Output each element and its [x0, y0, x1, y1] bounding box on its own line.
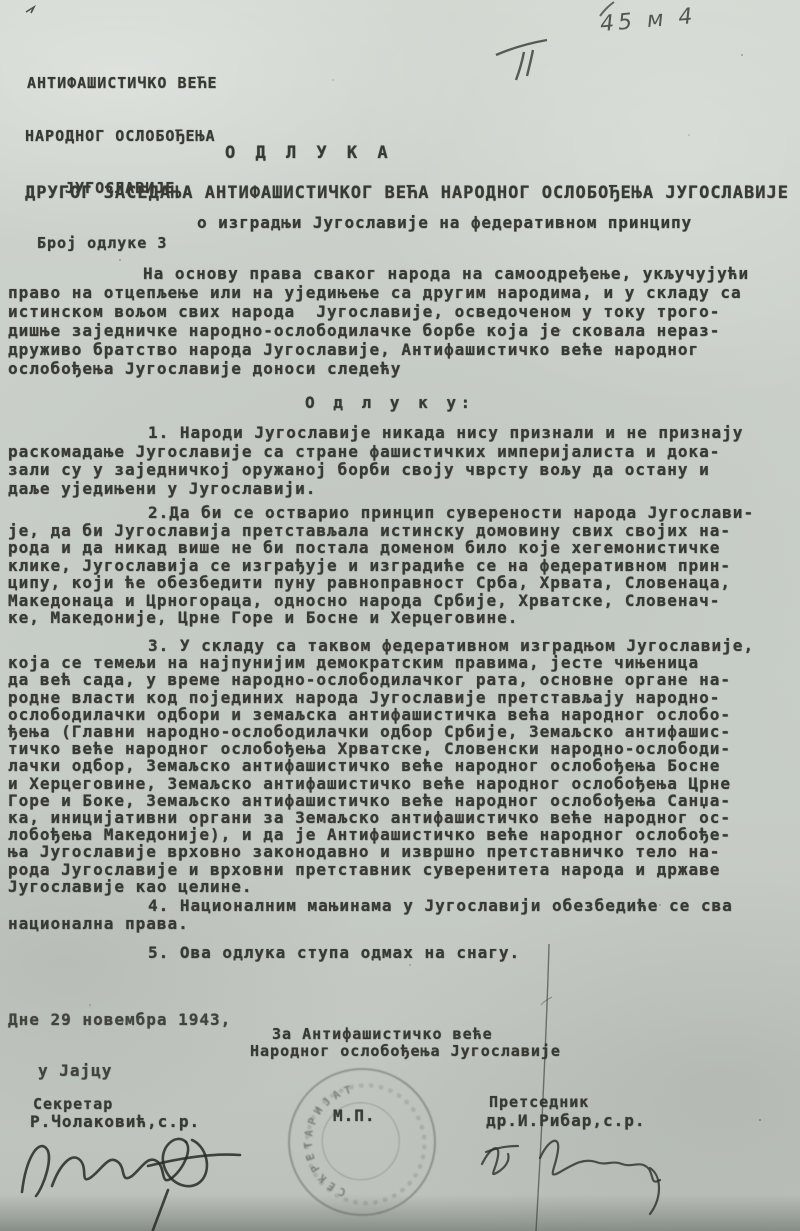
letterhead-line4: Број одлуке 3 — [37, 235, 218, 253]
on-behalf-line1: За Антифашистичко веће — [272, 1026, 493, 1043]
decision-item-3: 3. У складу са таквом федеративном изгра… — [8, 637, 794, 895]
secretary-signature — [22, 1139, 240, 1231]
roman-numeral-ii — [496, 40, 547, 80]
document-subtitle-session: ДРУГОГ ЗАСЕДАЊА АНТИФАШИСТИЧКОГ ВЕЋА НАР… — [25, 183, 789, 203]
letterhead-line1: АНТИФАШИСТИЧКО ВЕЋЕ — [27, 75, 218, 93]
decision-item-4: 4. Националним мањинама у Југославији об… — [8, 897, 794, 932]
pencil-annotation: 45 м 4 — [599, 4, 697, 37]
decision-item-2: 2.Да би се остварио принцип суверености … — [8, 504, 794, 627]
fold-crease-branch — [541, 997, 552, 1005]
on-behalf-line2: Народног ослобођења Југославије — [250, 1043, 561, 1060]
secretary-name: Р.Чолаковић,с.р. — [30, 1113, 200, 1130]
secretary-title: Секретар — [33, 1096, 113, 1113]
fold-crease — [536, 944, 549, 1231]
letterhead: АНТИФАШИСТИЧКО ВЕЋЕ НАРОДНОГ ОСЛОБОЂЕЊА … — [27, 40, 218, 287]
president-signature — [482, 1141, 660, 1214]
official-round-stamp: СЕКРЕТАРИЈАТ — [272, 1052, 451, 1231]
dateline-place: у Јајцу — [38, 1062, 231, 1079]
dateline: Дне 29 новембра 1943, у Јајцу — [8, 977, 231, 1113]
president-name: др.И.Рибар,с.р. — [486, 1112, 646, 1129]
preamble-paragraph: На основу права сваког народа на самоодр… — [8, 264, 794, 378]
decision-item-5: 5. Ова одлука ступа одмах на снагу. — [8, 944, 794, 962]
pen-tick-mark — [26, 7, 34, 13]
letterhead-line2: НАРОДНОГ ОСЛОБОЂЕЊА — [25, 128, 218, 146]
document-subtitle-subject: о изградњи Југославије на федеративном п… — [197, 213, 692, 232]
document-page: АНТИФАШИСТИЧКО ВЕЋЕ НАРОДНОГ ОСЛОБОЂЕЊА … — [0, 0, 800, 1231]
decision-item-1: 1. Народи Југославије никада нису призна… — [8, 424, 794, 498]
decision-heading: О д л у к у: — [305, 393, 475, 412]
dateline-date: Дне 29 новембра 1943, — [8, 1011, 231, 1028]
stamp-ring-letter: А — [302, 1129, 316, 1137]
document-title: О Д Л У К А — [225, 143, 393, 163]
president-title: Претседник — [489, 1094, 589, 1111]
